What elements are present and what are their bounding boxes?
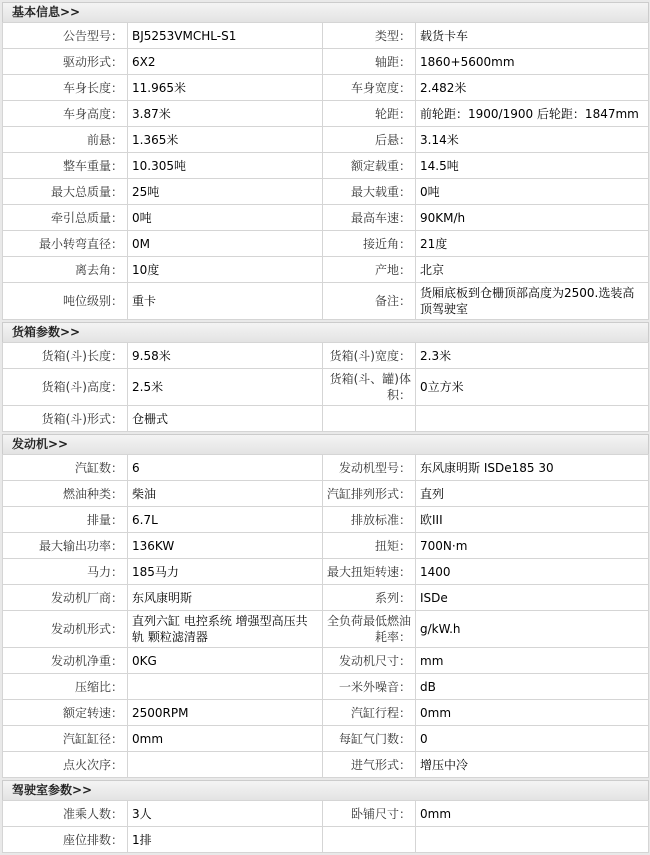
spec-value: 1排 — [128, 827, 323, 853]
spec-value: 0mm — [416, 801, 649, 827]
section-title-engine: 发动机>> — [2, 434, 649, 454]
spec-row: 准乘人数：3人卧铺尺寸：0mm — [3, 801, 649, 827]
spec-label: 排放标准： — [323, 507, 416, 533]
spec-row: 座位排数：1排 — [3, 827, 649, 853]
section-title-basic-info: 基本信息>> — [2, 2, 649, 22]
spec-value: 1.365米 — [128, 127, 323, 153]
spec-value: 0mm — [416, 700, 649, 726]
spec-row: 最小转弯直径：0M接近角：21度 — [3, 231, 649, 257]
spec-row: 发动机形式：直列六缸 电控系统 增强型高压共轨 颗粒滤清器全负荷最低燃油耗率：g… — [3, 611, 649, 648]
spec-value: 北京 — [416, 257, 649, 283]
spec-label: 汽缸缸径： — [3, 726, 128, 752]
spec-label: 类型： — [323, 23, 416, 49]
spec-row: 汽缸缸径：0mm每缸气门数：0 — [3, 726, 649, 752]
spec-label: 扭矩： — [323, 533, 416, 559]
spec-label: 最大载重： — [323, 179, 416, 205]
section-cargo-box: 货箱参数>>货箱(斗)长度：9.58米货箱(斗)宽度：2.3米货箱(斗)高度：2… — [2, 322, 648, 432]
spec-value: 重卡 — [128, 283, 323, 320]
spec-row: 整车重量：10.305吨额定载重：14.5吨 — [3, 153, 649, 179]
spec-row: 货箱(斗)高度：2.5米货箱(斗、罐)体积：0立方米 — [3, 369, 649, 406]
spec-label: 发动机尺寸： — [323, 648, 416, 674]
spec-row: 货箱(斗)形式：仓栅式 — [3, 406, 649, 432]
spec-value: 2.5米 — [128, 369, 323, 406]
spec-row: 离去角：10度产地：北京 — [3, 257, 649, 283]
spec-label: 接近角： — [323, 231, 416, 257]
spec-value: 90KM/h — [416, 205, 649, 231]
spec-label: 后悬： — [323, 127, 416, 153]
spec-row: 车身长度：11.965米车身宽度：2.482米 — [3, 75, 649, 101]
spec-label: 每缸气门数： — [323, 726, 416, 752]
spec-row: 驱动形式：6X2轴距：1860+5600mm — [3, 49, 649, 75]
spec-value: 1860+5600mm — [416, 49, 649, 75]
vehicle-spec-page: 基本信息>>公告型号：BJ5253VMCHL-S1类型：载货卡车驱动形式：6X2… — [0, 0, 650, 855]
spec-value: 0立方米 — [416, 369, 649, 406]
spec-value: 直列六缸 电控系统 增强型高压共轨 颗粒滤清器 — [128, 611, 323, 648]
spec-value: 14.5吨 — [416, 153, 649, 179]
spec-label: 公告型号： — [3, 23, 128, 49]
spec-label: 系列： — [323, 585, 416, 611]
spec-value: 3.87米 — [128, 101, 323, 127]
spec-label: 驱动形式： — [3, 49, 128, 75]
spec-label: 压缩比： — [3, 674, 128, 700]
spec-label: 车身长度： — [3, 75, 128, 101]
spec-row: 点火次序：进气形式：增压中冷 — [3, 752, 649, 778]
spec-row: 车身高度：3.87米轮距：前轮距：1900/1900 后轮距：1847mm — [3, 101, 649, 127]
spec-value: 10.305吨 — [128, 153, 323, 179]
spec-label: 额定载重： — [323, 153, 416, 179]
spec-value: mm — [416, 648, 649, 674]
spec-value — [416, 406, 649, 432]
spec-label: 最大总质量： — [3, 179, 128, 205]
spec-label: 全负荷最低燃油耗率： — [323, 611, 416, 648]
spec-label: 准乘人数： — [3, 801, 128, 827]
spec-label: 前悬： — [3, 127, 128, 153]
spec-value: 2.482米 — [416, 75, 649, 101]
spec-value: 0 — [416, 726, 649, 752]
spec-value: 东风康明斯 — [128, 585, 323, 611]
spec-row: 吨位级别：重卡备注：货厢底板到仓栅顶部高度为2500.选装高顶驾驶室 — [3, 283, 649, 320]
spec-row: 前悬：1.365米后悬：3.14米 — [3, 127, 649, 153]
spec-label: 汽缸数： — [3, 455, 128, 481]
spec-label: 离去角： — [3, 257, 128, 283]
spec-label: 发动机净重： — [3, 648, 128, 674]
spec-label — [323, 406, 416, 432]
spec-label: 货箱(斗)高度： — [3, 369, 128, 406]
spec-label: 轮距： — [323, 101, 416, 127]
spec-label: 车身高度： — [3, 101, 128, 127]
spec-value: 10度 — [128, 257, 323, 283]
spec-value: 货厢底板到仓栅顶部高度为2500.选装高顶驾驶室 — [416, 283, 649, 320]
spec-value: g/kW.h — [416, 611, 649, 648]
spec-value: 136KW — [128, 533, 323, 559]
spec-table-basic-info: 公告型号：BJ5253VMCHL-S1类型：载货卡车驱动形式：6X2轴距：186… — [2, 22, 649, 320]
spec-value: 3人 — [128, 801, 323, 827]
spec-label: 排量： — [3, 507, 128, 533]
spec-value: 2.3米 — [416, 343, 649, 369]
spec-table-engine: 汽缸数：6发动机型号：东风康明斯 ISDe185 30燃油种类：柴油汽缸排列形式… — [2, 454, 649, 778]
spec-label: 点火次序： — [3, 752, 128, 778]
spec-row: 马力：185马力最大扭矩转速：1400 — [3, 559, 649, 585]
spec-label: 额定转速： — [3, 700, 128, 726]
spec-value: 6X2 — [128, 49, 323, 75]
spec-value: 仓栅式 — [128, 406, 323, 432]
spec-value: 前轮距：1900/1900 后轮距：1847mm — [416, 101, 649, 127]
spec-value: 1400 — [416, 559, 649, 585]
spec-value: ISDe — [416, 585, 649, 611]
spec-label: 发动机型号： — [323, 455, 416, 481]
spec-value: 11.965米 — [128, 75, 323, 101]
section-title-cargo-box: 货箱参数>> — [2, 322, 649, 342]
spec-label: 汽缸排列形式： — [323, 481, 416, 507]
spec-row: 排量：6.7L排放标准：欧III — [3, 507, 649, 533]
spec-label: 进气形式： — [323, 752, 416, 778]
spec-row: 最大总质量：25吨最大载重：0吨 — [3, 179, 649, 205]
spec-value: 700N·m — [416, 533, 649, 559]
spec-row: 最大输出功率：136KW扭矩：700N·m — [3, 533, 649, 559]
spec-label: 轴距： — [323, 49, 416, 75]
section-title-cab: 驾驶室参数>> — [2, 780, 649, 800]
spec-value — [128, 674, 323, 700]
spec-label: 车身宽度： — [323, 75, 416, 101]
spec-value: 25吨 — [128, 179, 323, 205]
spec-value: 欧III — [416, 507, 649, 533]
spec-label: 最大输出功率： — [3, 533, 128, 559]
section-cab: 驾驶室参数>>准乘人数：3人卧铺尺寸：0mm座位排数：1排 — [2, 780, 648, 853]
spec-value: 载货卡车 — [416, 23, 649, 49]
spec-value: 0KG — [128, 648, 323, 674]
spec-row: 额定转速：2500RPM汽缸行程：0mm — [3, 700, 649, 726]
spec-label: 马力： — [3, 559, 128, 585]
spec-row: 牵引总质量：0吨最高车速：90KM/h — [3, 205, 649, 231]
spec-label: 汽缸行程： — [323, 700, 416, 726]
spec-label: 产地： — [323, 257, 416, 283]
spec-row: 汽缸数：6发动机型号：东风康明斯 ISDe185 30 — [3, 455, 649, 481]
spec-value: 0M — [128, 231, 323, 257]
spec-label: 燃油种类： — [3, 481, 128, 507]
spec-value: 6 — [128, 455, 323, 481]
spec-label: 卧铺尺寸： — [323, 801, 416, 827]
spec-value: 0吨 — [416, 179, 649, 205]
spec-label: 备注： — [323, 283, 416, 320]
spec-value: 21度 — [416, 231, 649, 257]
spec-row: 燃油种类：柴油汽缸排列形式：直列 — [3, 481, 649, 507]
spec-value: BJ5253VMCHL-S1 — [128, 23, 323, 49]
spec-value: 0mm — [128, 726, 323, 752]
spec-value: 东风康明斯 ISDe185 30 — [416, 455, 649, 481]
spec-label: 货箱(斗)形式： — [3, 406, 128, 432]
spec-label: 最小转弯直径： — [3, 231, 128, 257]
spec-value: 增压中冷 — [416, 752, 649, 778]
spec-value: 0吨 — [128, 205, 323, 231]
spec-value: 3.14米 — [416, 127, 649, 153]
spec-value — [128, 752, 323, 778]
spec-row: 货箱(斗)长度：9.58米货箱(斗)宽度：2.3米 — [3, 343, 649, 369]
spec-value: 2500RPM — [128, 700, 323, 726]
section-engine: 发动机>>汽缸数：6发动机型号：东风康明斯 ISDe185 30燃油种类：柴油汽… — [2, 434, 648, 778]
spec-label: 发动机形式： — [3, 611, 128, 648]
spec-label: 货箱(斗)长度： — [3, 343, 128, 369]
spec-table-cargo-box: 货箱(斗)长度：9.58米货箱(斗)宽度：2.3米货箱(斗)高度：2.5米货箱(… — [2, 342, 649, 432]
spec-value: 9.58米 — [128, 343, 323, 369]
spec-row: 压缩比：一米外噪音：dB — [3, 674, 649, 700]
spec-value: dB — [416, 674, 649, 700]
spec-label: 一米外噪音： — [323, 674, 416, 700]
spec-label: 最大扭矩转速： — [323, 559, 416, 585]
spec-row: 公告型号：BJ5253VMCHL-S1类型：载货卡车 — [3, 23, 649, 49]
spec-row: 发动机净重：0KG发动机尺寸：mm — [3, 648, 649, 674]
spec-table-cab: 准乘人数：3人卧铺尺寸：0mm座位排数：1排 — [2, 800, 649, 853]
spec-label — [323, 827, 416, 853]
spec-value: 柴油 — [128, 481, 323, 507]
spec-label: 发动机厂商： — [3, 585, 128, 611]
spec-row: 发动机厂商：东风康明斯系列：ISDe — [3, 585, 649, 611]
spec-label: 货箱(斗、罐)体积： — [323, 369, 416, 406]
spec-label: 牵引总质量： — [3, 205, 128, 231]
spec-label: 整车重量： — [3, 153, 128, 179]
section-basic-info: 基本信息>>公告型号：BJ5253VMCHL-S1类型：载货卡车驱动形式：6X2… — [2, 2, 648, 320]
spec-label: 货箱(斗)宽度： — [323, 343, 416, 369]
spec-value: 185马力 — [128, 559, 323, 585]
spec-value: 6.7L — [128, 507, 323, 533]
spec-value: 直列 — [416, 481, 649, 507]
spec-label: 吨位级别： — [3, 283, 128, 320]
spec-value — [416, 827, 649, 853]
spec-label: 最高车速： — [323, 205, 416, 231]
spec-label: 座位排数： — [3, 827, 128, 853]
